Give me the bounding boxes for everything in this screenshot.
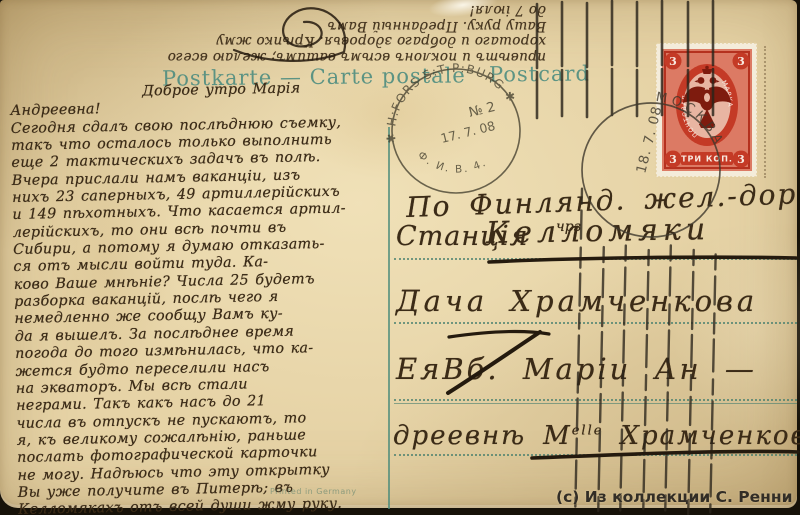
postmark-moscow: МОСКВА 18. 7. 08 xyxy=(582,90,727,237)
postmark-railway-helsingfors-stpetersburg: ✱ H:FORS S:T P:BURG ✱ № 2 17. 7. 08 Ф. И… xyxy=(384,61,520,193)
underline-surname xyxy=(532,451,798,458)
svg-text:17. 7. 08: 17. 7. 08 xyxy=(439,118,497,146)
postcard-scan: { "header": { "de_fr": "Postkarte — Cart… xyxy=(0,0,800,515)
underline-station xyxy=(489,257,796,262)
collection-watermark: (с) Из коллекции С. Ренни xyxy=(556,488,792,506)
postcard: Postkarte — Carte postale Postcard привѣ… xyxy=(0,0,797,508)
printer-imprint: Printed in Germany xyxy=(270,487,357,496)
svg-text:Ф. И. В. 4.: Ф. И. В. 4. xyxy=(415,149,489,176)
pen-flourish-stroke xyxy=(448,332,540,393)
cancellation-overlay: ✱ H:FORS S:T P:BURG ✱ № 2 17. 7. 08 Ф. И… xyxy=(0,0,800,515)
signature-flourish xyxy=(234,8,345,61)
svg-text:МОСКВА: МОСКВА xyxy=(655,90,727,150)
